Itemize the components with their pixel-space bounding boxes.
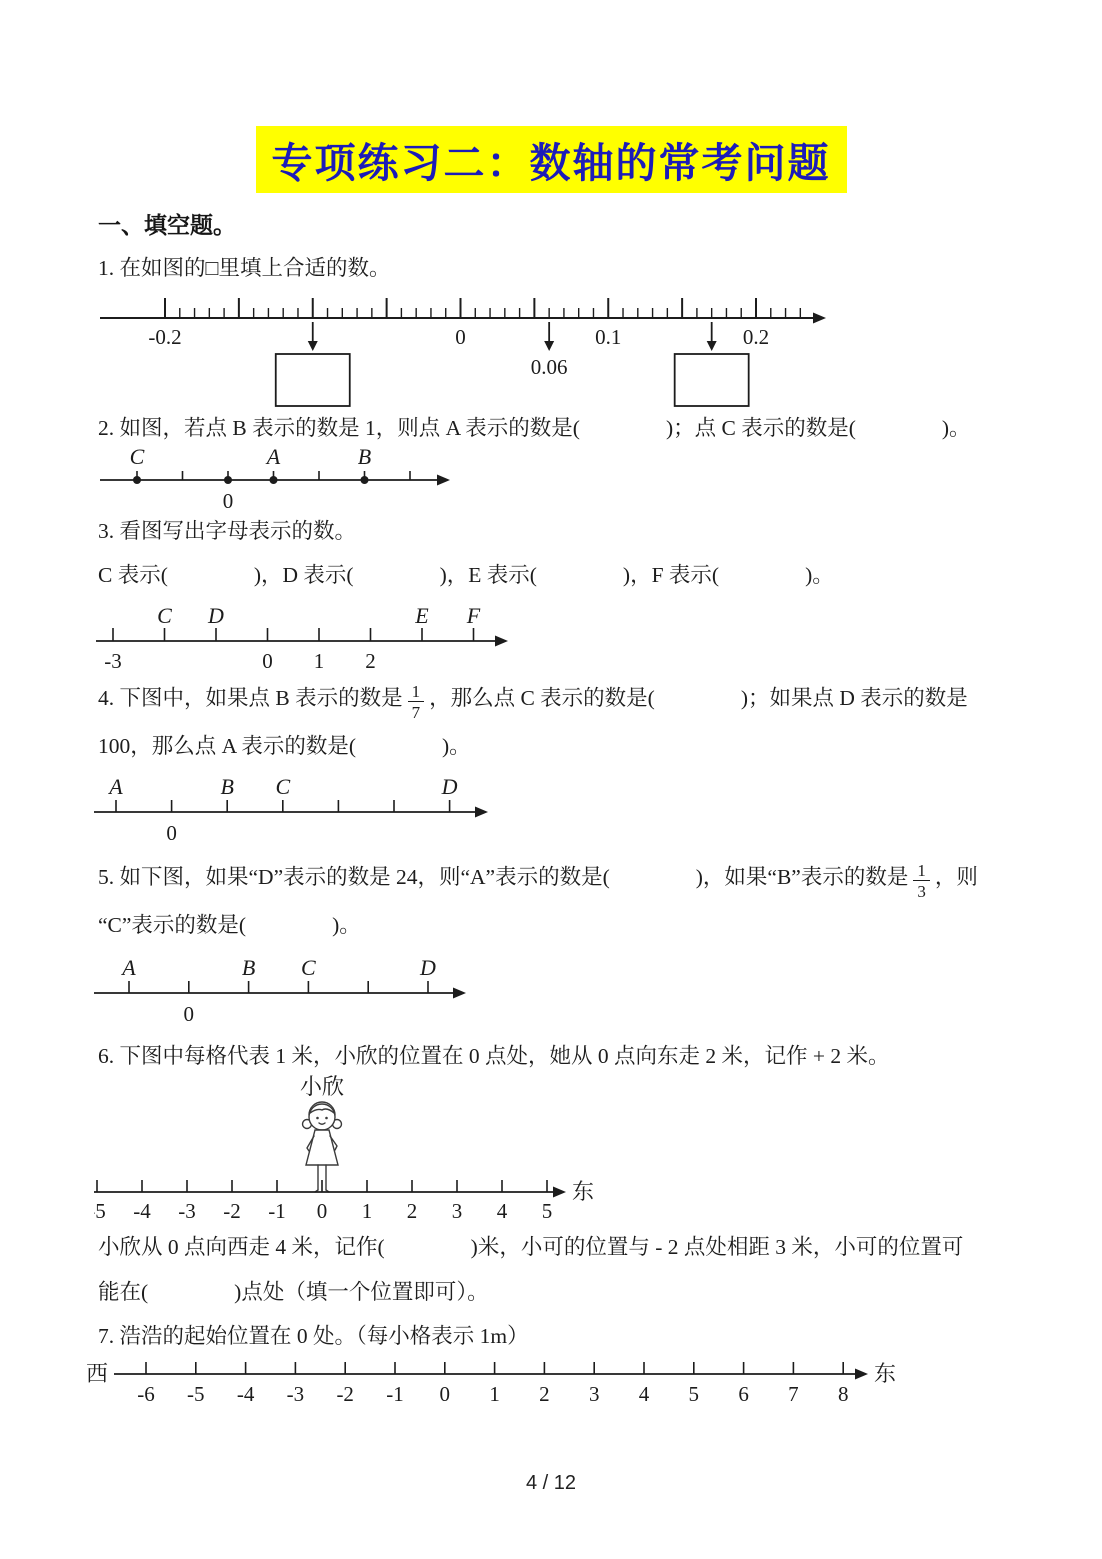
question-3-blanks: C 表示( )，D 表示( )，E 表示( )，F 表示( )。 [98,560,1024,591]
svg-text:A: A [120,959,136,980]
svg-text:5: 5 [689,1382,700,1406]
east-label: 东 [572,1179,594,1204]
numberline-q4: ABCD0 [94,778,506,850]
svg-text:-5: -5 [94,1199,106,1223]
svg-text:0: 0 [223,489,234,513]
svg-text:6: 6 [738,1382,749,1406]
answer-box [276,354,350,406]
svg-text:B: B [358,444,371,469]
fraction-one-third: 13 [913,862,930,900]
svg-text:D: D [419,959,436,980]
svg-text:A: A [265,444,281,469]
question-3-text: 3. 看图写出字母表示的数。 [98,516,1024,547]
svg-text:1: 1 [314,649,325,673]
svg-text:-5: -5 [187,1382,205,1406]
svg-text:F: F [466,603,481,628]
svg-text:0: 0 [440,1382,451,1406]
svg-text:C: C [157,603,172,628]
svg-text:-0.2: -0.2 [148,325,181,349]
svg-text:4: 4 [639,1382,650,1406]
svg-text:2: 2 [407,1199,418,1223]
svg-text:0: 0 [455,325,466,349]
svg-text:-2: -2 [223,1199,241,1223]
svg-text:3: 3 [452,1199,463,1223]
question-4-text-line2: 100，那么点 A 表示的数是( )。 [98,731,1024,762]
svg-text:4: 4 [497,1199,508,1223]
numberline-q7: 西 东 -6-5-4-3-2-1012345678 [86,1354,918,1410]
question-6-text-line3: 能在( )点处（填一个位置即可）。 [98,1277,1024,1308]
fraction-denominator: 3 [913,881,930,900]
page-number: 4 / 12 [0,1472,1102,1495]
fraction-one-seventh: 17 [408,683,425,721]
svg-text:-4: -4 [133,1199,151,1223]
question-4-text-b: ，那么点 C 表示的数是( )；如果点 D 表示的数是 [429,686,968,710]
svg-text:-1: -1 [386,1382,404,1406]
numberline-q6: 小欣 东 -5-4-3-2-1012345 [94,1072,618,1228]
svg-text:-3: -3 [178,1199,196,1223]
svg-text:-6: -6 [137,1382,155,1406]
svg-text:A: A [107,778,123,799]
svg-text:0: 0 [317,1199,328,1223]
west-label: 西 [86,1361,108,1386]
svg-text:-2: -2 [336,1382,354,1406]
svg-text:C: C [130,444,145,469]
question-7-text: 7. 浩浩的起始位置在 0 处。（每小格表示 1m） [98,1321,1024,1352]
girl-name-label: 小欣 [300,1074,344,1099]
svg-text:B: B [242,959,255,980]
title-area: 专项练习二：数轴的常考问题 [0,0,1102,193]
svg-text:-1: -1 [268,1199,286,1223]
svg-text:0: 0 [262,649,273,673]
fraction-numerator: 1 [913,862,930,881]
worksheet-page: 专项练习二：数轴的常考问题 一、填空题。 1. 在如图的□里填上合适的数。 -0… [0,0,1102,1559]
question-2-text: 2. 如图，若点 B 表示的数是 1，则点 A 表示的数是( )；点 C 表示的… [98,413,1024,444]
numberline-q1: -0.200.10.20.06 [98,294,838,408]
svg-text:2: 2 [365,649,376,673]
svg-text:1: 1 [489,1382,500,1406]
svg-text:1: 1 [362,1199,373,1223]
svg-text:0.2: 0.2 [743,325,769,349]
svg-text:-3: -3 [104,649,122,673]
question-5-text-line1: 5. 如下图，如果“D”表示的数是 24，则“A”表示的数是( )，如果“B”表… [98,862,1024,900]
fraction-numerator: 1 [408,683,425,702]
svg-text:0.1: 0.1 [595,325,621,349]
section-heading: 一、填空题。 [98,207,1102,240]
question-6-text: 6. 下图中每格代表 1 米，小欣的位置在 0 点处，她从 0 点向东走 2 米… [98,1041,1024,1072]
question-5-text-a: 5. 如下图，如果“D”表示的数是 24，则“A”表示的数是( )，如果“B”表… [98,865,908,889]
page-title: 专项练习二：数轴的常考问题 [256,126,847,193]
svg-text:0: 0 [166,821,177,845]
question-4-text-line1: 4. 下图中，如果点 B 表示的数是17，那么点 C 表示的数是( )；如果点 … [98,683,1024,721]
question-1-text: 1. 在如图的□里填上合适的数。 [98,253,1024,284]
girl-figure-xiaoxin [303,1102,342,1192]
svg-text:-4: -4 [237,1382,255,1406]
question-6-text-line2: 小欣从 0 点向西走 4 米，记作( )米，小可的位置与 - 2 点处相距 3 … [98,1232,1024,1263]
svg-text:7: 7 [788,1382,799,1406]
fraction-denominator: 7 [408,702,425,721]
svg-text:D: D [441,778,458,799]
svg-text:3: 3 [589,1382,600,1406]
numberline-q5: ABCD0 [94,959,486,1031]
svg-text:C: C [275,778,290,799]
svg-text:8: 8 [838,1382,849,1406]
answer-box [675,354,749,406]
svg-text:E: E [414,603,429,628]
svg-text:2: 2 [539,1382,550,1406]
question-5-text-line2: “C”表示的数是( )。 [98,910,1024,941]
svg-text:5: 5 [542,1199,553,1223]
question-5-text-b: ，则 [935,865,978,889]
svg-text:D: D [207,603,224,628]
svg-text:C: C [301,959,316,980]
question-4-text-a: 4. 下图中，如果点 B 表示的数是 [98,686,403,710]
numberline-q3: CDEF-3012 [96,597,526,679]
svg-text:B: B [220,778,233,799]
east-label: 东 [874,1361,896,1386]
numberline-q2: CAB0 [100,444,472,514]
svg-text:0: 0 [184,1002,195,1026]
svg-text:-3: -3 [287,1382,305,1406]
svg-text:0.06: 0.06 [531,355,568,379]
